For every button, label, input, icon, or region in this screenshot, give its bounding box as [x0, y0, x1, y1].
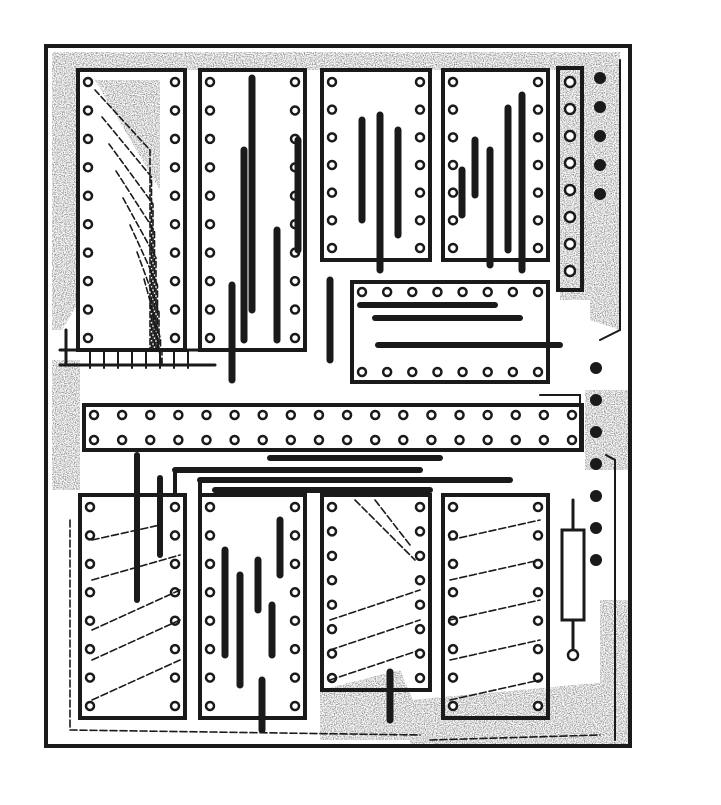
ground-plane-regions — [52, 52, 630, 745]
pcb-layout-drawing — [0, 0, 721, 805]
ic-u7 — [80, 495, 185, 718]
ic-u5 — [352, 282, 548, 382]
ic-u9 — [322, 495, 430, 690]
ic-u4 — [443, 70, 548, 260]
ic-u8 — [200, 495, 305, 718]
resistor-r1 — [562, 530, 584, 620]
ic-u10 — [443, 495, 548, 718]
ic-u3 — [322, 70, 430, 260]
ic-u6 — [84, 405, 582, 450]
pcb-figure — [0, 0, 721, 805]
copper-artwork — [46, 46, 630, 746]
